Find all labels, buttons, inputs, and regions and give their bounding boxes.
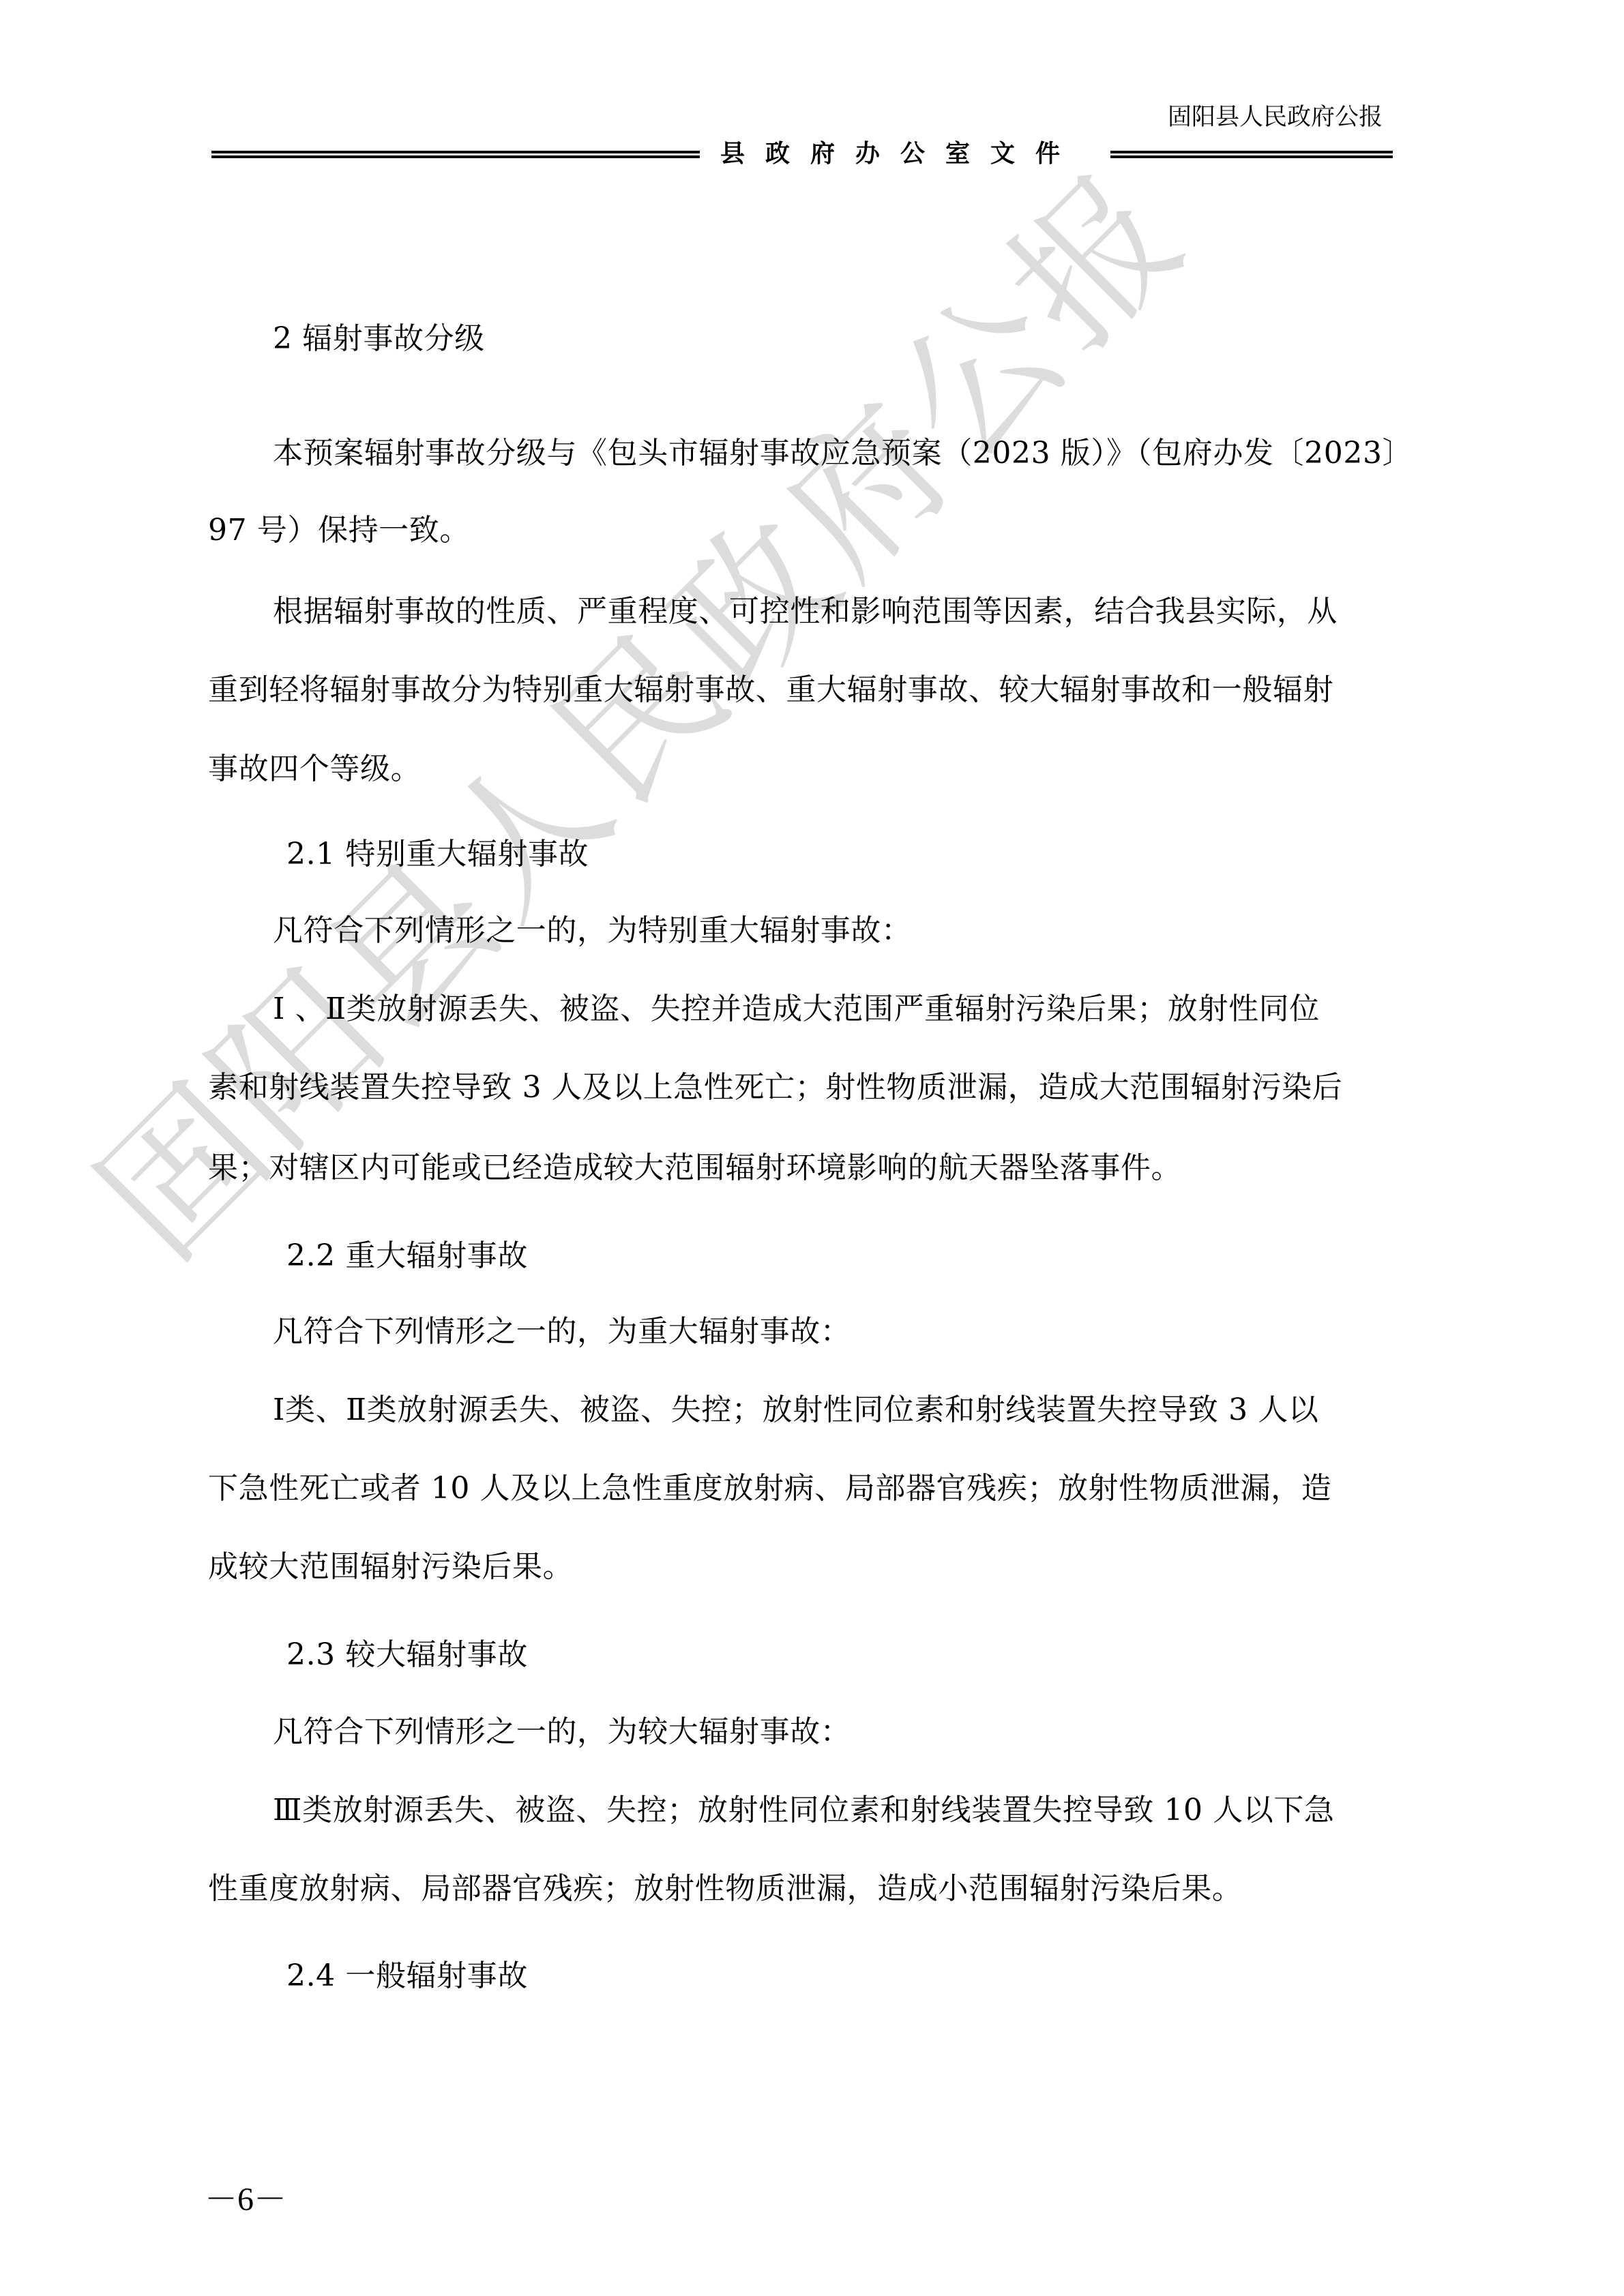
paragraph-line: 性重度放射病、局部器官残疾；放射性物质泄漏，造成小范围辐射污染后果。 [208, 1870, 1242, 1908]
subsection-intro: 凡符合下列情形之一的，为特别重大辐射事故： [273, 912, 912, 950]
subsection-title: 2.3 较大辐射事故 [286, 1636, 528, 1674]
paragraph-line: Ⅲ类放射源丢失、被盗、失控；放射性同位素和射线装置失控导致 10 人以下急 [273, 1791, 1335, 1830]
page-number: －6－ [205, 2179, 286, 2220]
subsection-title: 2.4 一般辐射事故 [286, 1957, 528, 1995]
paragraph-line: 重到轻将辐射事故分为特别重大辐射事故、重大辐射事故、较大辐射事故和一般辐射 [208, 671, 1333, 709]
paragraph-line: 本预案辐射事故分级与《包头市辐射事故应急预案（2023 版）》（包府办发〔202… [273, 434, 1413, 473]
section-heading: 2 辐射事故分级 [273, 320, 485, 358]
publication-title: 固阳县人民政府公报 [1168, 102, 1393, 132]
subsection-title: 2.2 重大辐射事故 [286, 1237, 528, 1275]
paragraph-line: 素和射线装置失控导致 3 人及以上急性死亡；射性物质泄漏，造成大范围辐射污染后 [208, 1069, 1342, 1107]
double-rule-left [211, 150, 700, 158]
subsection-intro: 凡符合下列情形之一的，为较大辐射事故： [273, 1713, 851, 1751]
double-rule-right [1110, 150, 1393, 158]
section-label: 县政府办公室文件 [720, 138, 1102, 170]
subsection-title: 2.1 特别重大辐射事故 [286, 835, 589, 874]
subsection-intro: 凡符合下列情形之一的，为重大辐射事故： [273, 1313, 851, 1351]
document-header-band: 县政府办公室文件 [211, 136, 1393, 172]
paragraph-line: 果；对辖区内可能或已经造成较大范围辐射环境影响的航天器坠落事件。 [208, 1149, 1181, 1187]
paragraph-line: 下急性死亡或者 10 人及以上急性重度放射病、局部器官残疾；放射性物质泄漏，造 [208, 1470, 1331, 1508]
paragraph-line: Ⅰ 、Ⅱ类放射源丢失、被盗、失控并造成大范围严重辐射污染后果；放射性同位 [273, 990, 1320, 1028]
paragraph-line: 成较大范围辐射污染后果。 [208, 1548, 573, 1586]
paragraph-line: 事故四个等级。 [208, 750, 421, 788]
paragraph-line: Ⅰ类、Ⅱ类放射源丢失、被盗、失控；放射性同位素和射线装置失控导致 3 人以 [273, 1391, 1318, 1429]
paragraph-line: 97 号）保持一致。 [208, 511, 470, 550]
paragraph-line: 根据辐射事故的性质、严重程度、可控性和影响范围等因素，结合我县实际，从 [273, 593, 1338, 631]
